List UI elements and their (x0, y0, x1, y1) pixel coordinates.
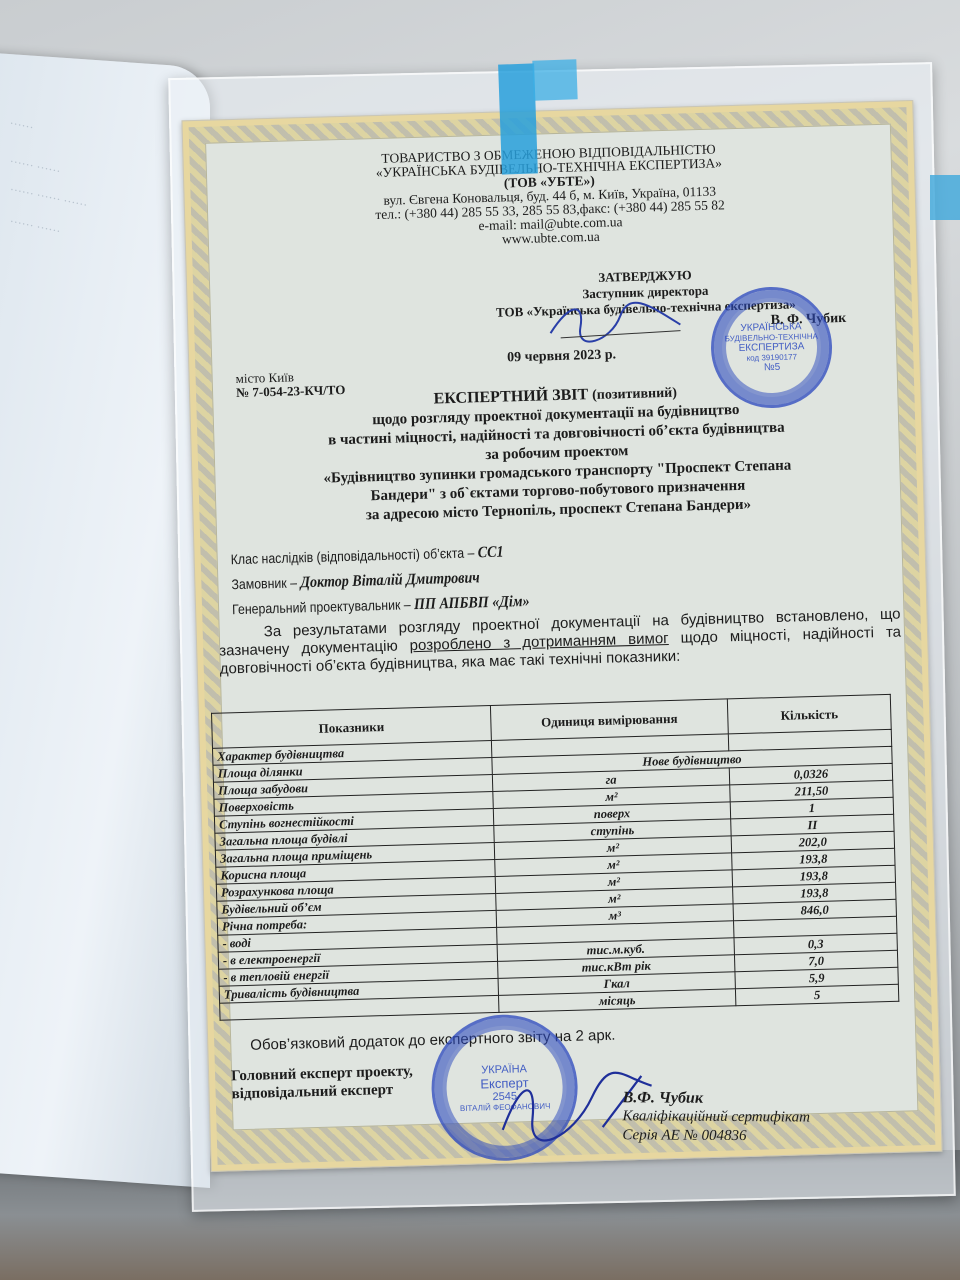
blue-tape-fold (532, 59, 577, 101)
stamp-text: Експерт (480, 1075, 529, 1091)
certificate-number: Серія АЕ № 004836 (622, 1126, 810, 1146)
designer-value: ПП АПБВП «Дім» (414, 593, 530, 613)
blue-tape-top (498, 63, 538, 174)
stamp-text: ВІТАЛІЙ ФЕОФАНОВИЧ (460, 1102, 551, 1114)
expert-credentials: В.Ф. Чубик Кваліфікаційний сертифікат Се… (622, 1088, 810, 1146)
ghost-text-line: …… (9, 113, 35, 133)
project-meta: Клас наслідків (відповідальності) об’єкт… (230, 539, 529, 622)
expert-role: Головний експерт проекту, відповідальний… (231, 1062, 414, 1103)
expert-name: В.Ф. Чубик (623, 1088, 811, 1108)
consequence-class-value: СС1 (477, 544, 503, 562)
header-quantity: Кількість (727, 694, 891, 734)
certificate-document: ТОВАРИСТВО З ОБМЕЖЕНОЮ ВІДПОВІДАЛЬНІСТЮ … (181, 100, 942, 1172)
customer-label: Замовник – (231, 574, 300, 592)
report-title-main: ЕКСПЕРТНИЙ ЗВІТ (433, 386, 588, 407)
ghost-text-line: …… …… …… (9, 179, 88, 210)
technical-indicators-table: Показники Одиниця вимірювання Кількість … (211, 694, 899, 1021)
quantity-cell: 5 (735, 984, 898, 1006)
report-title-qualifier: (позитивний) (592, 386, 677, 403)
stamp-text: №5 (764, 362, 781, 373)
consequence-class-label: Клас наслідків (відповідальності) об’єкт… (231, 544, 478, 567)
letterhead: ТОВАРИСТВО З ОБМЕЖЕНОЮ ВІДПОВІДАЛЬНІСТЮ … (205, 138, 893, 255)
ghost-text-line: …… …… (9, 151, 62, 176)
report-title: ЕКСПЕРТНИЙ ЗВІТ (позитивний) щодо розгля… (212, 377, 901, 530)
document-content: ТОВАРИСТВО З ОБМЕЖЕНОЮ ВІДПОВІДАЛЬНІСТЮ … (205, 124, 918, 1131)
blue-tape-right (930, 175, 960, 220)
certificate-label: Кваліфікаційний сертифікат (622, 1107, 810, 1127)
ghost-text-line: …… …… (9, 211, 62, 236)
stamp-text: 2545 (492, 1090, 517, 1103)
customer-value: Доктор Віталій Дмитрович (300, 569, 480, 591)
expert-role-line: відповідальний експерт (231, 1080, 413, 1103)
designer-label: Генеральний проектувальник – (232, 596, 414, 617)
